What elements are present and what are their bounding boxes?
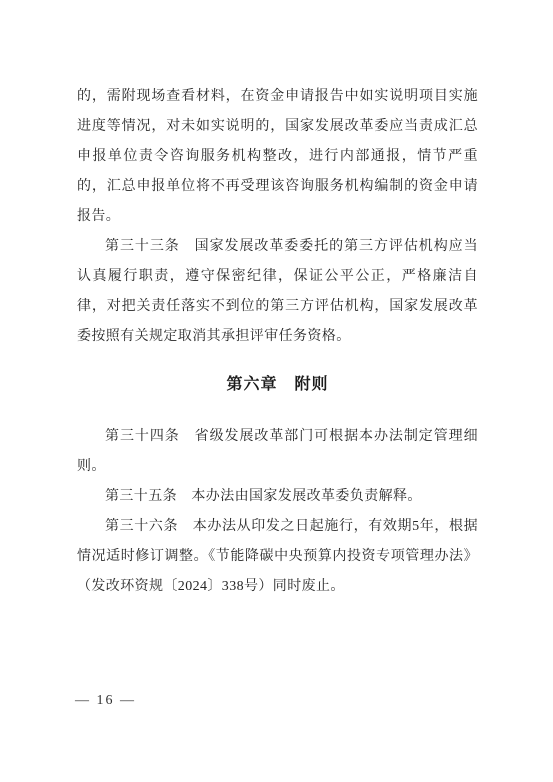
article-36-paragraph: 第三十六条 本办法从印发之日起施行，有效期5年，根据情况适时修订调整。《节能降碳…	[77, 512, 478, 602]
document-body: 的，需附现场查看材料，在资金申请报告中如实说明项目实施进度等情况，对未如实说明的…	[77, 82, 478, 602]
page-number: — 16 —	[75, 693, 136, 709]
article-34-paragraph: 第三十四条 省级发展改革部门可根据本办法制定管理细则。	[77, 422, 478, 482]
paragraph-continuation: 的，需附现场查看材料，在资金申请报告中如实说明项目实施进度等情况，对未如实说明的…	[77, 82, 478, 232]
article-35-paragraph: 第三十五条 本办法由国家发展改革委负责解释。	[77, 482, 478, 512]
chapter-heading: 第六章 附则	[77, 370, 478, 400]
document-page: 的，需附现场查看材料，在资金申请报告中如实说明项目实施进度等情况，对未如实说明的…	[0, 0, 553, 782]
article-33-paragraph: 第三十三条 国家发展改革委委托的第三方评估机构应当认真履行职责，遵守保密纪律，保…	[77, 232, 478, 352]
